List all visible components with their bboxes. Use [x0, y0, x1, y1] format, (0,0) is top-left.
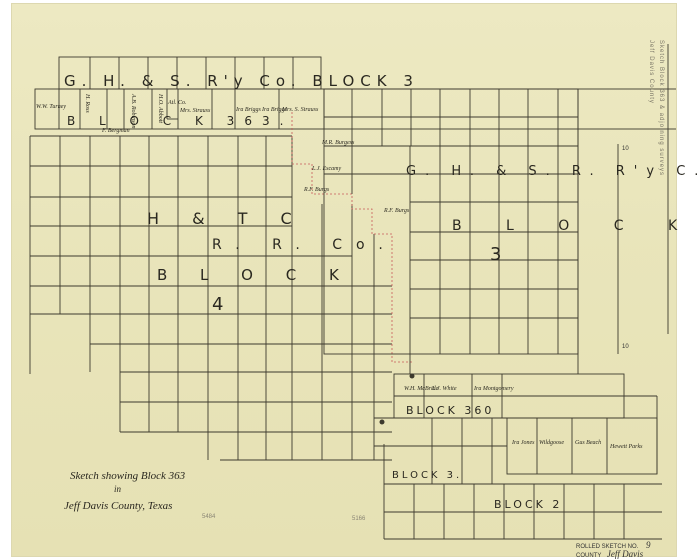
ruler-mark: 10: [622, 344, 629, 350]
owner-label: Wildgoose: [539, 440, 564, 446]
county-stamp: COUNTY Jeff Davis: [576, 549, 643, 559]
owner-label: H. Ross: [84, 94, 90, 113]
margin-text: Jeff Davis County: [648, 40, 654, 104]
owner-label: Gus Beach: [575, 440, 601, 446]
owner-label: Atl. Co.: [168, 100, 187, 106]
owner-label: Mrs. S. Strauss: [282, 107, 318, 113]
margin-text: Sketch Block 363 & adjoining surveys: [658, 40, 664, 176]
caption-line1: Sketch showing Block 363: [70, 470, 185, 482]
owner-label: W.W. Turney: [36, 104, 66, 110]
block-label-block4: B L O C K: [157, 266, 353, 284]
block-number-3: 3: [490, 244, 515, 265]
block-number-4: 4: [212, 294, 237, 315]
pencil-note: 5166: [352, 516, 365, 522]
owner-bergman: F. Bergman: [102, 128, 130, 134]
owner-label: A.B. Robinson: [130, 94, 136, 129]
owner-label: Hewett Parks: [610, 444, 643, 450]
block-label-ghsa-top: G. H. & S. R'y Co. BLOCK 3: [64, 72, 419, 90]
owner-label: Ira Briggs: [236, 107, 261, 113]
owner-label: R.F. Burgs: [304, 187, 329, 193]
owner-label: Mrs. Strauss: [180, 108, 210, 114]
block-label-block3: B L O C K: [452, 218, 697, 234]
owner-label: R.F. Burgs: [384, 208, 409, 214]
owner-label: M.R. Burgess: [322, 140, 354, 146]
block-label-rrco: R. R. Co.: [212, 237, 397, 253]
block-label-block3-bottom: BLOCK 3.: [392, 470, 462, 481]
owner-label: Ira Montgomery: [474, 386, 514, 392]
ruler-mark: 10: [622, 146, 629, 152]
block-label-363: B L O C K 363.: [67, 114, 293, 128]
block-label-block2: BLOCK 2: [494, 498, 562, 511]
county-value: Jeff Davis: [607, 549, 643, 559]
block-label-ghsa-right: G. H. & S. R. R'y C.: [406, 164, 700, 179]
pencil-note: 5484: [202, 514, 215, 520]
block-label-htc: H & T C: [147, 209, 306, 228]
owner-label: Ira Jones: [512, 440, 535, 446]
rolled-value: 9: [646, 540, 651, 550]
map-sheet: G. H. & S. R'y Co. BLOCK 3 B L O C K 363…: [12, 4, 676, 556]
owner-label: L.J. Escamy: [312, 166, 341, 172]
caption-line3: Jeff Davis County, Texas: [64, 500, 172, 512]
caption-line2: in: [114, 484, 121, 494]
owner-label: L.J. White: [432, 386, 457, 392]
county-label: COUNTY: [576, 553, 601, 559]
block-label-360: BLOCK 360: [406, 404, 494, 417]
owner-label: H.O. Abbott: [157, 94, 163, 123]
